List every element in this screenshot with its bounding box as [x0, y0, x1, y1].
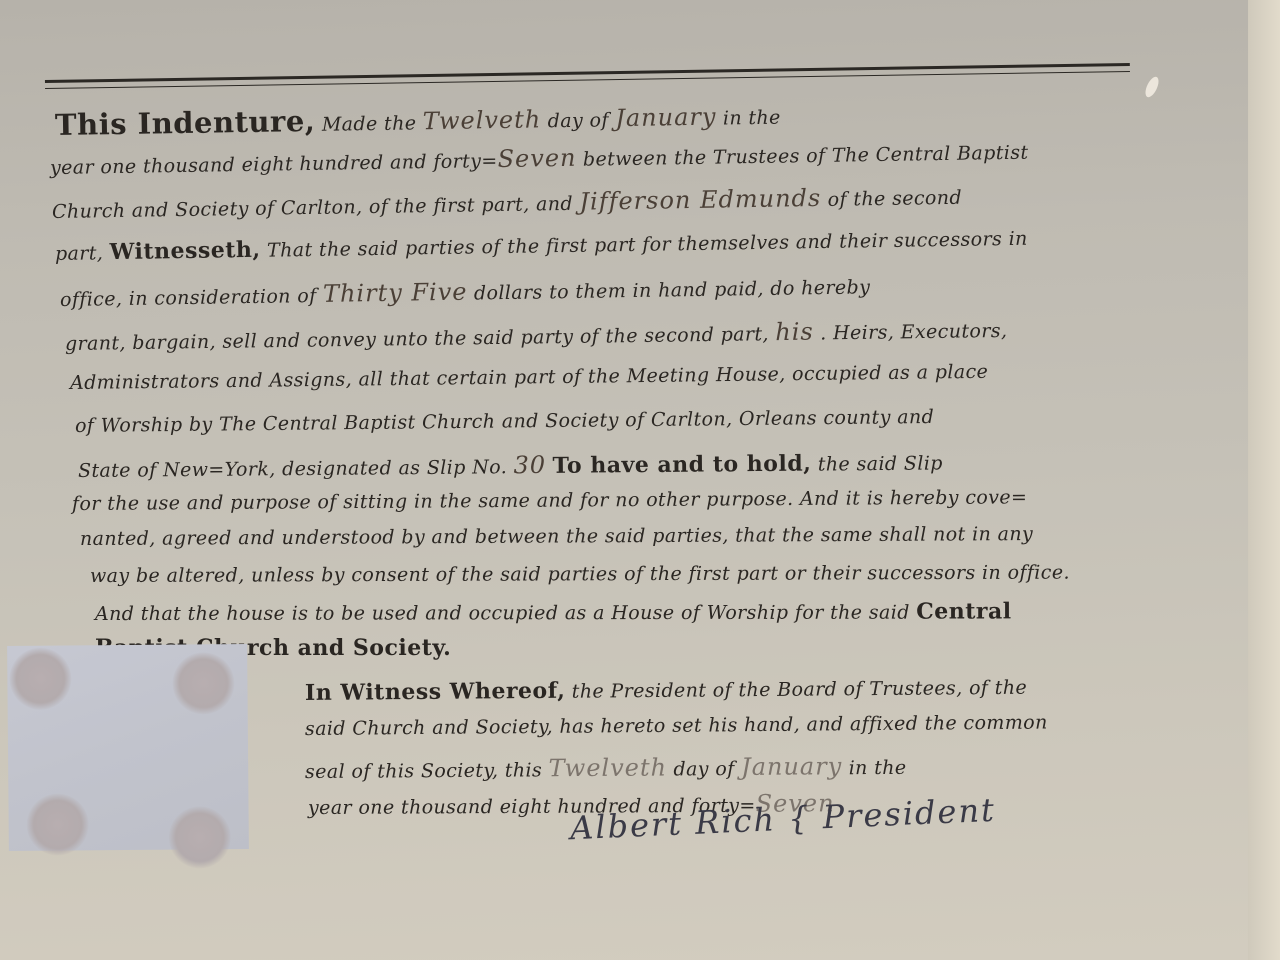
witness-line: seal of this Society, this Twelveth day … — [305, 752, 907, 784]
printed-text: office, in consideration of — [60, 285, 323, 311]
printed-text: And that the house is to be used and occ… — [95, 602, 916, 625]
embossed-seal — [7, 644, 249, 851]
printed-text: day of — [667, 758, 741, 781]
handwritten-entry: Twelveth — [423, 105, 542, 135]
handwritten-entry: January — [741, 752, 842, 781]
indenture-line: And that the house is to be used and occ… — [95, 598, 1012, 626]
printed-text: way be altered, unless by consent of the… — [90, 562, 1070, 587]
printed-text: State of New=York, designated as Slip No… — [78, 456, 514, 482]
handwritten-entry: Twelveth — [548, 753, 667, 782]
handwritten-entry: January — [615, 103, 717, 133]
seal-emboss-icon — [9, 647, 72, 710]
handwritten-entry: Jifferson Edmunds — [579, 184, 821, 216]
printed-text: seal of this Society, this — [305, 759, 549, 783]
indenture-line: way be altered, unless by consent of the… — [90, 562, 1070, 587]
frame-edge — [1248, 0, 1280, 960]
printed-text: . Heirs, Executors, — [814, 320, 1008, 345]
printed-text: part, — [55, 242, 110, 265]
blackletter-heading: Central — [916, 598, 1011, 624]
handwritten-entry: Thirty Five — [323, 278, 468, 308]
handwritten-entry: Seven — [497, 144, 576, 173]
printed-text: the President of the Board of Trustees, … — [565, 677, 1027, 703]
printed-text: in the — [716, 107, 781, 130]
seal-emboss-icon — [169, 806, 232, 869]
handwritten-entry: his — [775, 318, 814, 347]
handwritten-entry: 30 — [513, 451, 546, 479]
printed-text: day of — [541, 109, 615, 132]
blackletter-heading: This Indenture, — [55, 104, 316, 142]
blackletter-heading: To have and to hold, — [552, 451, 811, 479]
printed-text: the said Slip — [811, 452, 943, 475]
printed-text: of the second — [821, 187, 962, 211]
blackletter-heading: In Witness Whereof, — [305, 678, 566, 706]
blackletter-heading: Witnesseth, — [109, 237, 260, 265]
printed-text: Made the — [315, 112, 423, 136]
seal-emboss-icon — [26, 793, 89, 856]
seal-emboss-icon — [172, 652, 235, 715]
printed-text: in the — [842, 757, 906, 779]
